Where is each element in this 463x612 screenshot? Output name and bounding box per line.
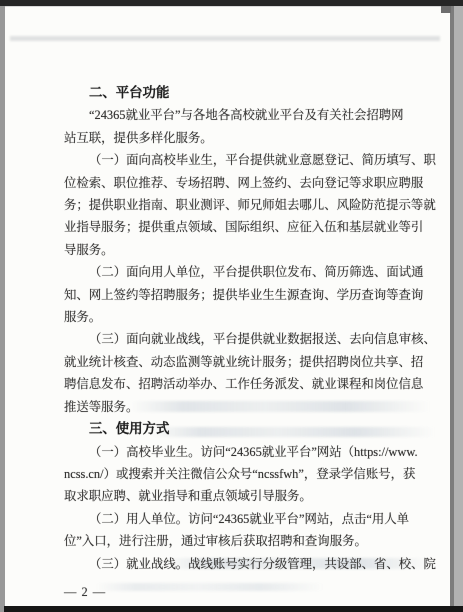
scan-streak-artifact (10, 36, 440, 41)
para-usage-graduates: （一）高校毕业生。访问“24365就业平台”网站（https://www. nc… (64, 441, 439, 508)
page-number: — 2 — (64, 581, 439, 603)
heading-platform-functions: 二、平台功能 (64, 82, 439, 104)
scanner-right-margin (450, 0, 463, 612)
para-usage-employment-line: （三）就业战线。战线账号实行分级管理，共设部、省、校、院 (64, 553, 439, 575)
para-for-employers: （二）面向用人单位，平台提供职位发布、简历筛选、面试通 知、网上签约等招聘服务；… (64, 261, 439, 328)
heading-usage-method: 三、使用方式 (64, 418, 439, 440)
scanner-top-edge (0, 0, 463, 6)
document-body: 二、平台功能 “24365就业平台”与各地各高校就业平台及有关社会招聘网 站互联… (64, 82, 439, 603)
para-platform-intro: “24365就业平台”与各地各高校就业平台及有关社会招聘网 站互联，提供多样化服… (64, 104, 439, 149)
para-usage-employers: （二）用人单位。访问“24365就业平台”网站，点击“用人单 位”入口，进行注册… (64, 508, 439, 553)
scanner-corner-artifact (441, 6, 451, 13)
para-for-graduates: （一）面向高校毕业生，平台提供就业意愿登记、简历填写、职 位检索、职位推荐、专场… (64, 149, 439, 261)
scanner-bottom-edge (4, 606, 463, 612)
para-for-employment-system: （三）面向就业战线，平台提供就业数据报送、去向信息审核、 就业统计核查、动态监测… (64, 328, 439, 418)
scanned-document-screenshot: { "document": { "blocks": [ { "type": "h… (0, 0, 463, 612)
